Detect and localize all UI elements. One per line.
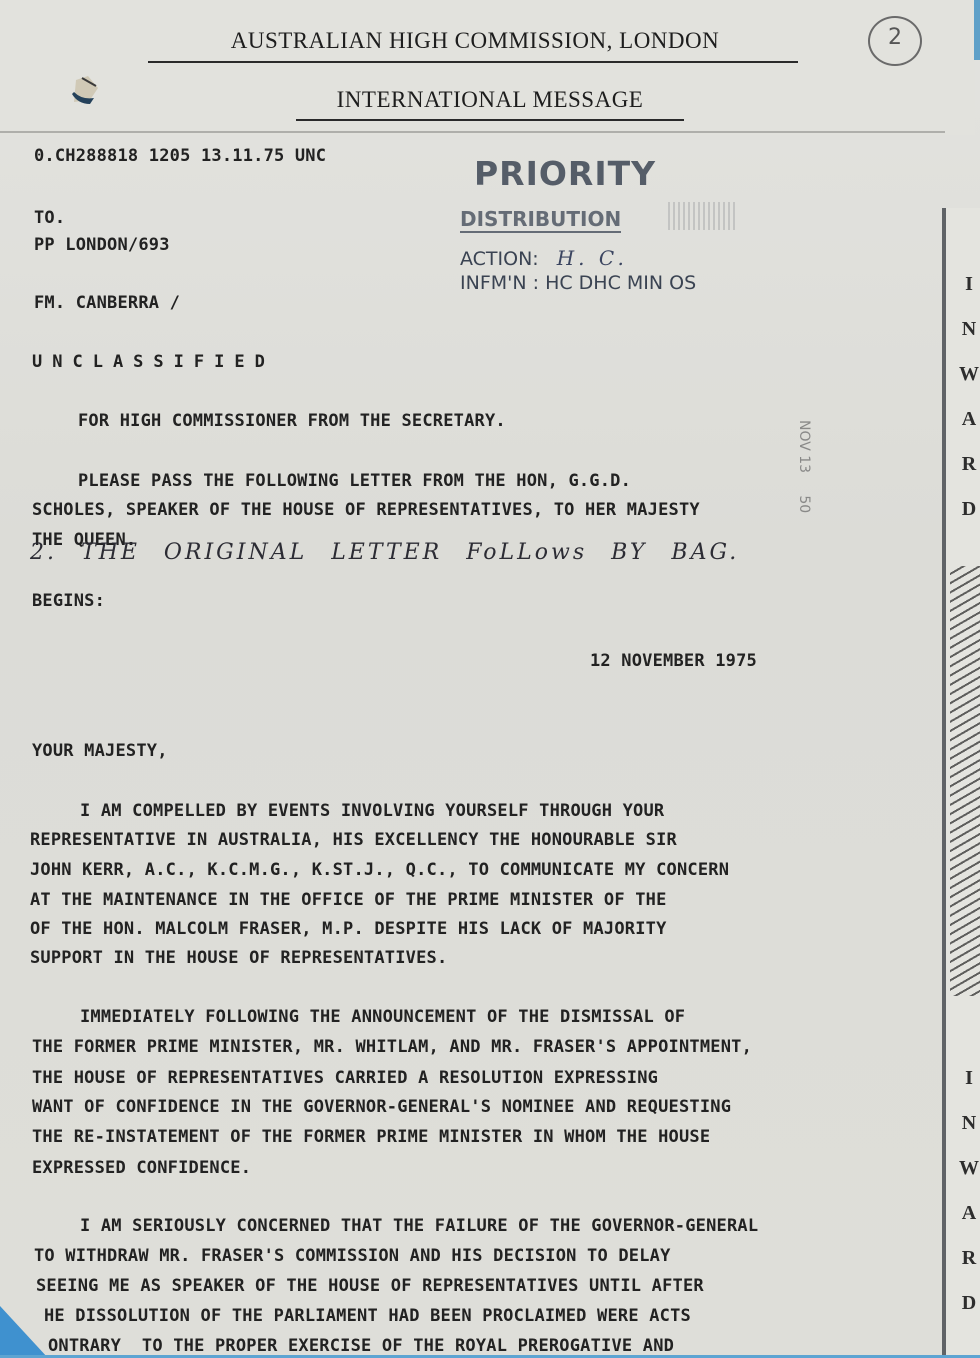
document-type-title: INTERNATIONAL MESSAGE <box>296 87 684 113</box>
background-edge <box>974 0 980 60</box>
document-sheet <box>0 0 980 1358</box>
margin-letter: A <box>958 1191 980 1236</box>
paragraph-line: THE RE-INSTATEMENT OF THE FORMER PRIME M… <box>32 1127 710 1147</box>
action-row: ACTION:H. C. <box>460 246 628 270</box>
to-recipient: PP LONDON/693 <box>34 235 170 255</box>
margin-letter: N <box>958 1101 980 1146</box>
action-value: H. C. <box>557 246 628 270</box>
paragraph-line: AT THE MAINTENANCE IN THE OFFICE OF THE … <box>30 890 667 910</box>
classification: UNCLASSIFIED <box>32 352 275 372</box>
distribution-stamp-label: DISTRIBUTION <box>460 207 621 233</box>
organization-title: AUSTRALIAN HIGH COMMISSION, LONDON <box>150 28 800 54</box>
margin-letter: D <box>958 487 980 532</box>
paragraph-line: IMMEDIATELY FOLLOWING THE ANNOUNCEMENT O… <box>80 1007 685 1027</box>
header-sheet <box>0 0 975 135</box>
information-row: INFM'N : HC DHC MIN OS <box>460 272 696 294</box>
hatched-margin-pattern <box>950 566 980 996</box>
sheet-edge-divider <box>0 131 945 133</box>
from-sender: FM. CANBERRA / <box>34 293 180 313</box>
paragraph-line: WANT OF CONFIDENCE IN THE GOVERNOR-GENER… <box>32 1097 731 1117</box>
addressee-line: FOR HIGH COMMISSIONER FROM THE SECRETARY… <box>78 411 506 431</box>
paragraph-line: TO WITHDRAW MR. FRASER'S COMMISSION AND … <box>34 1246 671 1266</box>
title-underline <box>148 61 798 63</box>
priority-stamp: PRIORITY <box>474 154 656 193</box>
inward-margin-rule <box>942 208 946 1358</box>
paragraph-line: REPRESENTATIVE IN AUSTRALIA, HIS EXCELLE… <box>30 830 677 850</box>
paragraph-line: OF THE HON. MALCOLM FRASER, M.P. DESPITE… <box>30 919 667 939</box>
margin-letter: N <box>958 307 980 352</box>
information-value: HC DHC MIN OS <box>545 272 696 294</box>
page-number-circle: 2 <box>868 16 922 66</box>
paragraph-line: I AM SERIOUSLY CONCERNED THAT THE FAILUR… <box>80 1216 758 1236</box>
stamp-smudge <box>668 202 738 230</box>
letter-date: 12 NOVEMBER 1975 <box>590 651 757 671</box>
margin-letter: D <box>958 1281 980 1326</box>
margin-letter: R <box>958 1236 980 1281</box>
inward-label-bottom: I N W A R D <box>958 1056 980 1326</box>
salutation: YOUR MAJESTY, <box>32 741 168 761</box>
received-date-stamp: NOV 13 50 <box>796 420 812 513</box>
begins-marker: BEGINS: <box>32 591 105 611</box>
paragraph-line: SUPPORT IN THE HOUSE OF REPRESENTATIVES. <box>30 948 447 968</box>
margin-letter: I <box>958 1056 980 1101</box>
margin-letter: W <box>958 352 980 397</box>
paragraph-line: THE HOUSE OF REPRESENTATIVES CARRIED A R… <box>32 1068 658 1088</box>
inward-label-top: I N W A R D <box>958 262 980 532</box>
margin-letter: A <box>958 397 980 442</box>
paragraph-line: EXPRESSED CONFIDENCE. <box>32 1158 251 1178</box>
margin-letter: I <box>958 262 980 307</box>
handwritten-note: 2. THE ORIGINAL LETTER FoLLows BY BAG. <box>30 540 739 565</box>
pass-line: PLEASE PASS THE FOLLOWING LETTER FROM TH… <box>78 471 631 491</box>
pass-line: SCHOLES, SPEAKER OF THE HOUSE OF REPRESE… <box>32 500 700 520</box>
margin-letter: W <box>958 1146 980 1191</box>
paragraph-line: JOHN KERR, A.C., K.C.M.G., K.ST.J., Q.C.… <box>30 860 729 880</box>
subtitle-underline <box>296 119 684 121</box>
paper-clip-icon <box>68 74 102 108</box>
paragraph-line: SEEING ME AS SPEAKER OF THE HOUSE OF REP… <box>36 1276 704 1296</box>
margin-letter: R <box>958 442 980 487</box>
action-label: ACTION: <box>460 248 539 270</box>
paragraph-line: THE FORMER PRIME MINISTER, MR. WHITLAM, … <box>32 1037 752 1057</box>
paragraph-line: I AM COMPELLED BY EVENTS INVOLVING YOURS… <box>80 801 664 821</box>
to-label: TO. <box>34 208 65 228</box>
paragraph-line: HE DISSOLUTION OF THE PARLIAMENT HAD BEE… <box>44 1306 691 1326</box>
paragraph-line: ONTRARY TO THE PROPER EXERCISE OF THE RO… <box>48 1336 674 1356</box>
information-label: INFM'N : <box>460 272 539 294</box>
message-reference: 0.CH288818 1205 13.11.75 UNC <box>34 146 326 166</box>
